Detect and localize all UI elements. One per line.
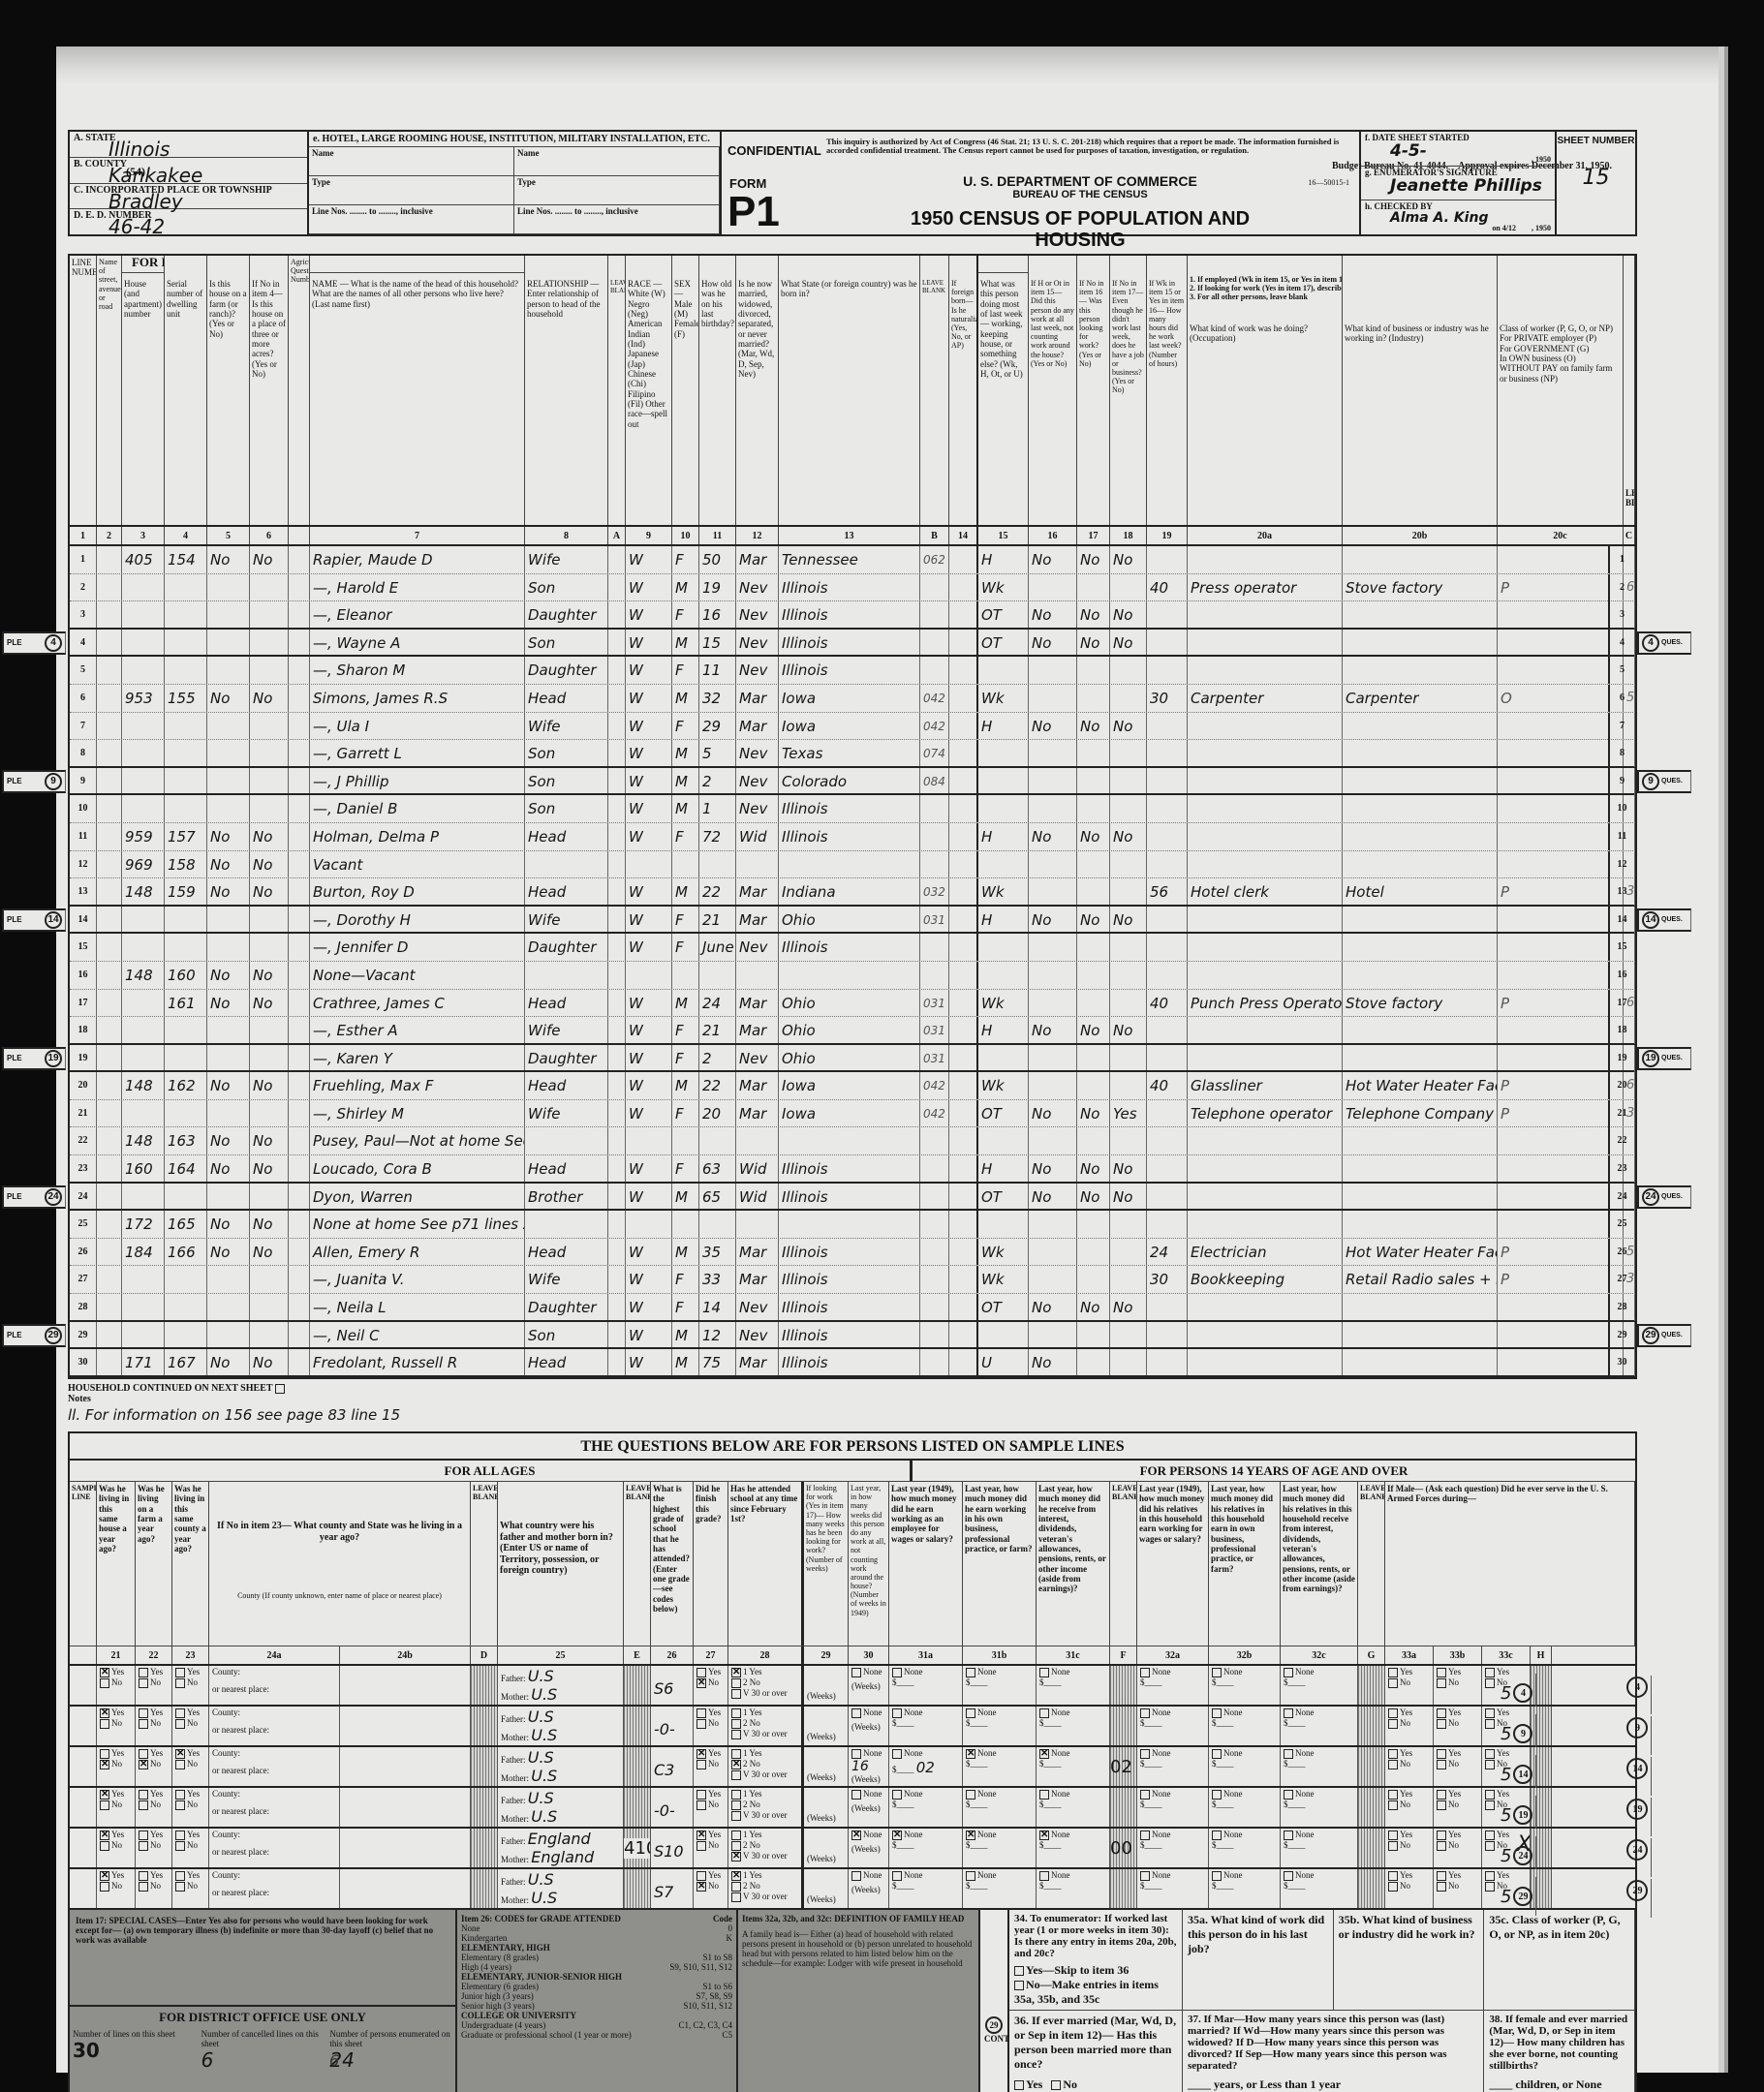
c33b-yes-checkbox[interactable] bbox=[1437, 1708, 1446, 1718]
c28-yes-checkbox[interactable] bbox=[731, 1830, 741, 1840]
c33c-no-checkbox[interactable] bbox=[1485, 1841, 1495, 1851]
c30-none-checkbox[interactable] bbox=[851, 1871, 861, 1881]
c31a-none-checkbox[interactable] bbox=[892, 1871, 902, 1881]
family-head-title: Items 32a, 32b, and 32c: DEFINITION OF F… bbox=[742, 1914, 975, 1923]
q34-yes-checkbox[interactable] bbox=[1014, 1966, 1024, 1976]
table-row: 16148160NoNoNone—Vacant16 bbox=[70, 962, 1635, 990]
cell-industry: Hot Water Heater Factory bbox=[1343, 1239, 1498, 1266]
cell-c15: U bbox=[978, 1349, 1029, 1375]
cell-sex: M bbox=[672, 1322, 699, 1348]
c27-no-checkbox[interactable] bbox=[696, 1760, 706, 1769]
cell-rel bbox=[525, 1211, 608, 1238]
c22-no-checkbox[interactable] bbox=[139, 1841, 148, 1851]
cell-line: 15 bbox=[70, 934, 97, 961]
c33a-yes-checkbox[interactable] bbox=[1388, 1790, 1398, 1800]
c22-no-checkbox[interactable] bbox=[139, 1882, 148, 1892]
cell-sex: M bbox=[672, 685, 699, 712]
q34-no-checkbox[interactable] bbox=[1014, 1981, 1024, 1990]
cell-age bbox=[699, 1211, 736, 1238]
cell-industry bbox=[1343, 1045, 1498, 1071]
cell-name: —, Shirley M bbox=[310, 1100, 525, 1127]
cell-serial: 160 bbox=[165, 962, 207, 989]
c33a-yes-checkbox[interactable] bbox=[1388, 1871, 1398, 1881]
c22-no-checkbox[interactable] bbox=[139, 1719, 148, 1729]
c32a-none-checkbox[interactable] bbox=[1140, 1749, 1150, 1759]
cell-c16 bbox=[1029, 1211, 1077, 1238]
c31b-none-checkbox[interactable] bbox=[966, 1871, 975, 1881]
c28-no-checkbox[interactable] bbox=[731, 1719, 741, 1729]
c22-yes-checkbox[interactable] bbox=[139, 1708, 148, 1718]
c31a-none-checkbox[interactable] bbox=[892, 1790, 902, 1800]
c27-yes-checkbox[interactable] bbox=[696, 1830, 706, 1840]
form-code: 16—50015-1 bbox=[1308, 178, 1349, 187]
c31b-none-checkbox[interactable] bbox=[966, 1668, 975, 1677]
c28-yes-checkbox[interactable] bbox=[731, 1668, 741, 1677]
cell-street bbox=[97, 657, 122, 684]
c33b-no-checkbox[interactable] bbox=[1437, 1760, 1446, 1769]
c22-yes-checkbox[interactable] bbox=[139, 1790, 148, 1800]
cell-acres bbox=[250, 630, 289, 656]
cell-occupation bbox=[1188, 823, 1343, 850]
c33c-yes-checkbox[interactable] bbox=[1485, 1708, 1495, 1718]
c33b-yes-checkbox[interactable] bbox=[1437, 1830, 1446, 1840]
cell-code_b bbox=[920, 851, 949, 878]
c28-30-over-checkbox[interactable] bbox=[731, 1770, 741, 1780]
cell-c18: No bbox=[1110, 630, 1147, 656]
cell-agq bbox=[289, 630, 310, 656]
right-line-number: 15 bbox=[1608, 934, 1635, 961]
cell-sex: F bbox=[672, 601, 699, 628]
cell-age: 35 bbox=[699, 1239, 736, 1266]
cell-sex: M bbox=[672, 740, 699, 766]
cell-street bbox=[97, 1184, 122, 1210]
c28-yes-checkbox[interactable] bbox=[731, 1790, 741, 1800]
col-4-header: Serial number of dwelling unit bbox=[165, 256, 207, 525]
cell-agq bbox=[289, 1322, 310, 1348]
cell-age: 1 bbox=[699, 795, 736, 822]
c28-no-checkbox[interactable] bbox=[731, 1678, 741, 1688]
cell-occupation bbox=[1188, 713, 1343, 740]
c33a-yes-checkbox[interactable] bbox=[1388, 1708, 1398, 1718]
c33b-no-checkbox[interactable] bbox=[1437, 1678, 1446, 1688]
cell-line: 25 bbox=[70, 1211, 97, 1238]
column-number-2: 2 bbox=[97, 527, 122, 544]
c33b-no-checkbox[interactable] bbox=[1437, 1719, 1446, 1729]
cell-house: 172 bbox=[122, 1211, 165, 1238]
cell-code_b: 042 bbox=[920, 685, 949, 712]
c33a-no-checkbox[interactable] bbox=[1388, 1800, 1398, 1810]
cell-birthplace: Illinois bbox=[779, 574, 920, 601]
c32b-none-checkbox[interactable] bbox=[1212, 1668, 1222, 1677]
cell-age: 19 bbox=[699, 574, 736, 601]
cell-hours: 40 bbox=[1147, 990, 1188, 1017]
cell-name: —, Ula I bbox=[310, 713, 525, 740]
cell-street bbox=[97, 878, 122, 905]
c22-no-checkbox[interactable] bbox=[139, 1678, 148, 1688]
c33c-no-checkbox[interactable] bbox=[1485, 1800, 1495, 1810]
cell-c16 bbox=[1029, 768, 1077, 794]
cell-farm bbox=[207, 740, 250, 766]
column-number-10: 10 bbox=[672, 527, 699, 544]
cancelled-lines-label: Number of cancelled lines on this sheet bbox=[201, 2029, 325, 2048]
cell-birthplace: Illinois bbox=[779, 657, 920, 684]
c32c-none-checkbox[interactable] bbox=[1284, 1790, 1293, 1800]
cell-c18 bbox=[1110, 768, 1147, 794]
cell-marital: Mar bbox=[736, 546, 779, 573]
right-line-number: 24 bbox=[1608, 1184, 1635, 1211]
household-continued-checkbox[interactable] bbox=[275, 1384, 285, 1394]
c31c-none-checkbox[interactable] bbox=[1039, 1749, 1049, 1759]
c23-no-checkbox[interactable] bbox=[175, 1841, 185, 1851]
cell-street bbox=[97, 1017, 122, 1043]
c22-no-checkbox[interactable] bbox=[139, 1800, 148, 1810]
cell-name: Holman, Delma P bbox=[310, 823, 525, 850]
c27-no-checkbox[interactable] bbox=[696, 1719, 706, 1729]
cell-race: W bbox=[626, 1266, 672, 1293]
cell-hours bbox=[1147, 1322, 1188, 1348]
c23-yes-checkbox[interactable] bbox=[175, 1668, 185, 1677]
c27-no-checkbox[interactable] bbox=[696, 1678, 706, 1688]
cell-birthplace bbox=[779, 1211, 920, 1238]
cell-house bbox=[122, 1100, 165, 1127]
cell-c14 bbox=[949, 1322, 978, 1348]
cell-sex: M bbox=[672, 1239, 699, 1266]
c31c-none-checkbox[interactable] bbox=[1039, 1790, 1049, 1800]
c21-yes-checkbox[interactable] bbox=[100, 1749, 109, 1759]
cell-occupation bbox=[1188, 1294, 1343, 1320]
c23-no-checkbox[interactable] bbox=[175, 1800, 185, 1810]
cell-industry bbox=[1343, 934, 1498, 961]
c31a-none-checkbox[interactable] bbox=[892, 1708, 902, 1718]
cell-age: 12 bbox=[699, 1322, 736, 1348]
c33b-no-checkbox[interactable] bbox=[1437, 1800, 1446, 1810]
c28-30-over-checkbox[interactable] bbox=[731, 1730, 741, 1739]
district-office-title: FOR DISTRICT OFFICE USE ONLY bbox=[73, 2010, 452, 2025]
c30-none-checkbox[interactable] bbox=[851, 1668, 861, 1677]
census-title: 1950 CENSUS OF POPULATION AND HOUSING bbox=[867, 208, 1293, 251]
cell-c17: No bbox=[1077, 601, 1110, 628]
c23-yes-checkbox[interactable] bbox=[175, 1871, 185, 1881]
c33b-yes-checkbox[interactable] bbox=[1437, 1790, 1446, 1800]
c22-no-checkbox[interactable] bbox=[139, 1760, 148, 1769]
c28-30-over-checkbox[interactable] bbox=[731, 1892, 741, 1902]
c27-yes-checkbox[interactable] bbox=[696, 1708, 706, 1718]
cell-class bbox=[1498, 630, 1624, 656]
c21-no-checkbox[interactable] bbox=[100, 1882, 109, 1892]
cell-c18 bbox=[1110, 1322, 1147, 1348]
c32b-none-checkbox[interactable] bbox=[1212, 1830, 1222, 1840]
q36-no-checkbox[interactable] bbox=[1051, 2080, 1061, 2090]
cell-acres: No bbox=[250, 1211, 289, 1238]
cell-farm bbox=[207, 1294, 250, 1320]
c21-yes-checkbox[interactable] bbox=[100, 1668, 109, 1677]
right-line-number: 21 bbox=[1608, 1100, 1635, 1127]
c32a-none-checkbox[interactable] bbox=[1140, 1830, 1150, 1840]
column-number-19: 19 bbox=[1147, 527, 1188, 544]
c28-no-checkbox[interactable] bbox=[731, 1841, 741, 1851]
c33c-yes-checkbox[interactable] bbox=[1485, 1749, 1495, 1759]
c32b-none-checkbox[interactable] bbox=[1212, 1749, 1222, 1759]
col-11-header: How old was he on his last birthday? bbox=[699, 256, 736, 525]
cell-c17 bbox=[1077, 740, 1110, 766]
c21-no-checkbox[interactable] bbox=[100, 1800, 109, 1810]
c31b-none-checkbox[interactable] bbox=[966, 1749, 975, 1759]
c21-yes-checkbox[interactable] bbox=[100, 1790, 109, 1800]
c32a-none-checkbox[interactable] bbox=[1140, 1871, 1150, 1881]
grade-code-row: Elementary (6 grades)S1 to S6 bbox=[461, 1982, 732, 1991]
cell-c17: No bbox=[1077, 1155, 1110, 1182]
c30-none-checkbox[interactable] bbox=[851, 1790, 861, 1800]
cell-hours: 24 bbox=[1147, 1239, 1188, 1266]
c32c-none-checkbox[interactable] bbox=[1284, 1668, 1293, 1677]
c33c-yes-checkbox[interactable] bbox=[1485, 1871, 1495, 1881]
c32c-none-checkbox[interactable] bbox=[1284, 1749, 1293, 1759]
table-row: 2—, Harold ESonWM19NevIllinoisWk40Press … bbox=[70, 574, 1635, 602]
cell-code_b bbox=[920, 823, 949, 850]
c31c-none-checkbox[interactable] bbox=[1039, 1871, 1049, 1881]
c32b-none-checkbox[interactable] bbox=[1212, 1708, 1222, 1718]
c31c-none-checkbox[interactable] bbox=[1039, 1830, 1049, 1840]
c28-yes-checkbox[interactable] bbox=[731, 1749, 741, 1759]
c33c-no-checkbox[interactable] bbox=[1485, 1719, 1495, 1729]
cell-house: 405 bbox=[122, 546, 165, 573]
c33c-no-checkbox[interactable] bbox=[1485, 1882, 1495, 1892]
c23-yes-checkbox[interactable] bbox=[175, 1749, 185, 1759]
c27-no-checkbox[interactable] bbox=[696, 1882, 706, 1892]
cell-c16 bbox=[1029, 878, 1077, 905]
c23-no-checkbox[interactable] bbox=[175, 1760, 185, 1769]
c27-no-checkbox[interactable] bbox=[696, 1841, 706, 1851]
c31a-none-checkbox[interactable] bbox=[892, 1749, 902, 1759]
c33a-no-checkbox[interactable] bbox=[1388, 1841, 1398, 1851]
c31b-none-checkbox[interactable] bbox=[966, 1790, 975, 1800]
column-number-B: B bbox=[920, 527, 949, 544]
cell-sex: F bbox=[672, 1155, 699, 1182]
c23-no-checkbox[interactable] bbox=[175, 1678, 185, 1688]
cell-street bbox=[97, 795, 122, 822]
cell-serial bbox=[165, 740, 207, 766]
table-row: 30171167NoNoFredolant, Russell RHeadWM75… bbox=[70, 1349, 1635, 1377]
right-line-number: 20 bbox=[1608, 1072, 1635, 1099]
cell-code_b: 062 bbox=[920, 546, 949, 573]
c33b-no-checkbox[interactable] bbox=[1437, 1882, 1446, 1892]
cell-rel bbox=[525, 851, 608, 878]
c22-yes-checkbox[interactable] bbox=[139, 1830, 148, 1840]
table-row: 4—, Wayne ASonWM15NevIllinoisOTNoNoNo4SA… bbox=[70, 630, 1635, 658]
cell-c15: OT bbox=[978, 1100, 1029, 1127]
cell-age: 15 bbox=[699, 630, 736, 656]
c21-yes-checkbox[interactable] bbox=[100, 1830, 109, 1840]
c23-yes-checkbox[interactable] bbox=[175, 1790, 185, 1800]
year-1: , 1950 bbox=[1532, 155, 1551, 164]
cell-hours bbox=[1147, 1045, 1188, 1071]
c33c-yes-checkbox[interactable] bbox=[1485, 1790, 1495, 1800]
cell-occupation bbox=[1188, 657, 1343, 684]
cell-c15 bbox=[978, 934, 1029, 961]
c32b-none-checkbox[interactable] bbox=[1212, 1871, 1222, 1881]
c28-yes-checkbox[interactable] bbox=[731, 1708, 741, 1718]
footer-notes: HOUSEHOLD CONTINUED ON NEXT SHEET Notes … bbox=[68, 1383, 1037, 1424]
cell-rel: Daughter bbox=[525, 934, 608, 961]
lower-column-number-D: D bbox=[471, 1646, 498, 1664]
c21-no-checkbox[interactable] bbox=[100, 1760, 109, 1769]
cell-serial: 167 bbox=[165, 1349, 207, 1375]
c31b-none-checkbox[interactable] bbox=[966, 1708, 975, 1718]
cell-marital: Nev bbox=[736, 657, 779, 684]
c21-yes-checkbox[interactable] bbox=[100, 1708, 109, 1718]
c33a-no-checkbox[interactable] bbox=[1388, 1882, 1398, 1892]
c21-no-checkbox[interactable] bbox=[100, 1719, 109, 1729]
cell-rel: Daughter bbox=[525, 1045, 608, 1071]
name-field-2: Name bbox=[514, 147, 720, 176]
cell-farm: No bbox=[207, 685, 250, 712]
right-line-number: 4 bbox=[1608, 630, 1635, 657]
cell-marital: Mar bbox=[736, 713, 779, 740]
c28-30-over-checkbox[interactable] bbox=[731, 1689, 741, 1699]
cell-sex: M bbox=[672, 1072, 699, 1099]
district-office-block: FOR DISTRICT OFFICE USE ONLY Number of l… bbox=[70, 2005, 455, 2092]
c23-yes-checkbox[interactable] bbox=[175, 1708, 185, 1718]
cell-farm bbox=[207, 657, 250, 684]
cell-birthplace: Ohio bbox=[779, 1017, 920, 1043]
c33b-yes-checkbox[interactable] bbox=[1437, 1871, 1446, 1881]
cell-acres: No bbox=[250, 851, 289, 878]
cell-name: —, Karen Y bbox=[310, 1045, 525, 1071]
cell-farm: No bbox=[207, 1349, 250, 1375]
table-row: 7—, Ula IWifeWF29MarIowa042HNoNoNo7 bbox=[70, 713, 1635, 741]
c22-yes-checkbox[interactable] bbox=[139, 1668, 148, 1677]
c27-no-checkbox[interactable] bbox=[696, 1800, 706, 1810]
cell-sex: M bbox=[672, 1349, 699, 1375]
institution-label: e. HOTEL, LARGE ROOMING HOUSE, INSTITUTI… bbox=[309, 132, 720, 147]
c31a-none-checkbox[interactable] bbox=[892, 1830, 902, 1840]
c28-no-checkbox[interactable] bbox=[731, 1800, 741, 1810]
cell-race: W bbox=[626, 1072, 672, 1099]
c21-no-checkbox[interactable] bbox=[100, 1678, 109, 1688]
cell-c16 bbox=[1029, 685, 1077, 712]
cell-occupation bbox=[1188, 1211, 1343, 1238]
col-9-header: RACE — White (W) Negro (Neg) American In… bbox=[626, 256, 672, 525]
c32a-none-checkbox[interactable] bbox=[1140, 1790, 1150, 1800]
c32b-none-checkbox[interactable] bbox=[1212, 1790, 1222, 1800]
c21-no-checkbox[interactable] bbox=[100, 1841, 109, 1851]
c28-yes-checkbox[interactable] bbox=[731, 1871, 741, 1881]
cell-farm bbox=[207, 1266, 250, 1293]
c21-yes-checkbox[interactable] bbox=[100, 1871, 109, 1881]
cell-sex bbox=[672, 1127, 699, 1154]
c23-yes-checkbox[interactable] bbox=[175, 1830, 185, 1840]
c33a-no-checkbox[interactable] bbox=[1388, 1678, 1398, 1688]
c33a-no-checkbox[interactable] bbox=[1388, 1760, 1398, 1769]
c27-yes-checkbox[interactable] bbox=[696, 1749, 706, 1759]
q36-yes-checkbox[interactable] bbox=[1014, 2080, 1024, 2090]
c31c-none-checkbox[interactable] bbox=[1039, 1708, 1049, 1718]
column-number-A: A bbox=[608, 527, 626, 544]
col-20c-header: Class of worker (P, G, O, or NP) For PRI… bbox=[1498, 256, 1624, 525]
c30-none-checkbox[interactable] bbox=[851, 1749, 861, 1759]
c32a-none-checkbox[interactable] bbox=[1140, 1668, 1150, 1677]
table-row: 5—, Sharon MDaughterWF11NevIllinois5 bbox=[70, 657, 1635, 685]
c33c-yes-checkbox[interactable] bbox=[1485, 1668, 1495, 1677]
c33b-yes-checkbox[interactable] bbox=[1437, 1749, 1446, 1759]
c28-30-over-checkbox[interactable] bbox=[731, 1852, 741, 1861]
c33a-yes-checkbox[interactable] bbox=[1388, 1830, 1398, 1840]
c27-yes-checkbox[interactable] bbox=[696, 1871, 706, 1881]
c32c-none-checkbox[interactable] bbox=[1284, 1708, 1293, 1718]
cell-c18 bbox=[1110, 1239, 1147, 1266]
cell-c15: OT bbox=[978, 1294, 1029, 1320]
table-row: 23160164NoNoLoucado, Cora BHeadWF63WidIl… bbox=[70, 1155, 1635, 1184]
cell-marital: Mar bbox=[736, 1266, 779, 1293]
c33b-no-checkbox[interactable] bbox=[1437, 1841, 1446, 1851]
cell-hours bbox=[1147, 851, 1188, 878]
cell-house bbox=[122, 1017, 165, 1043]
column-headers: LINE NUMBER Name of street, avenue, or r… bbox=[70, 256, 1635, 527]
sample-row: YesNoYesNoYesNoCounty:or nearest place:F… bbox=[70, 1829, 1635, 1869]
c23-no-checkbox[interactable] bbox=[175, 1719, 185, 1729]
table-row: 8—, Garrett LSonWM5NevTexas0748 bbox=[70, 740, 1635, 768]
c33a-yes-checkbox[interactable] bbox=[1388, 1749, 1398, 1759]
cell-c15 bbox=[978, 657, 1029, 684]
c27-yes-checkbox[interactable] bbox=[696, 1668, 706, 1677]
cell-street bbox=[97, 601, 122, 628]
c33a-yes-checkbox[interactable] bbox=[1388, 1668, 1398, 1677]
c33a-no-checkbox[interactable] bbox=[1388, 1719, 1398, 1729]
cell-race: W bbox=[626, 1184, 672, 1210]
c30-none-checkbox[interactable] bbox=[851, 1708, 861, 1718]
cell-birthplace: Illinois bbox=[779, 1155, 920, 1182]
c28-no-checkbox[interactable] bbox=[731, 1882, 741, 1892]
c27-yes-checkbox[interactable] bbox=[696, 1790, 706, 1800]
right-line-number: 27 bbox=[1608, 1266, 1635, 1293]
c32c-none-checkbox[interactable] bbox=[1284, 1871, 1293, 1881]
cell-hours bbox=[1147, 657, 1188, 684]
cell-serial bbox=[165, 768, 207, 794]
c33c-yes-checkbox[interactable] bbox=[1485, 1830, 1495, 1840]
c33c-no-checkbox[interactable] bbox=[1485, 1678, 1495, 1688]
cell-sex: F bbox=[672, 934, 699, 961]
cell-c17 bbox=[1077, 934, 1110, 961]
cell-age: June bbox=[699, 934, 736, 961]
c22-yes-checkbox[interactable] bbox=[139, 1749, 148, 1759]
c31b-none-checkbox[interactable] bbox=[966, 1830, 975, 1840]
cell-name: Loucado, Cora B bbox=[310, 1155, 525, 1182]
cell-rel: Head bbox=[525, 823, 608, 850]
cell-rel: Son bbox=[525, 630, 608, 656]
c33c-no-checkbox[interactable] bbox=[1485, 1760, 1495, 1769]
c30-none-checkbox[interactable] bbox=[851, 1830, 861, 1840]
cell-rel: Head bbox=[525, 878, 608, 905]
cell-birthplace: Texas bbox=[779, 740, 920, 766]
lines-on-sheet-label: Number of lines on this sheet bbox=[73, 2029, 196, 2039]
cell-agq bbox=[289, 768, 310, 794]
cell-name: Rapier, Maude D bbox=[310, 546, 525, 573]
table-row: 13148159NoNoBurton, Roy DHeadWM22MarIndi… bbox=[70, 878, 1635, 907]
cell-acres bbox=[250, 934, 289, 961]
cell-farm: No bbox=[207, 1072, 250, 1099]
c28-no-checkbox[interactable] bbox=[731, 1760, 741, 1769]
c28-30-over-checkbox[interactable] bbox=[731, 1811, 741, 1821]
c22-yes-checkbox[interactable] bbox=[139, 1871, 148, 1881]
c31c-none-checkbox[interactable] bbox=[1039, 1668, 1049, 1677]
c31a-none-checkbox[interactable] bbox=[892, 1668, 902, 1677]
c23-no-checkbox[interactable] bbox=[175, 1882, 185, 1892]
cell-acres: No bbox=[250, 1239, 289, 1266]
c33b-yes-checkbox[interactable] bbox=[1437, 1668, 1446, 1677]
c32a-none-checkbox[interactable] bbox=[1140, 1708, 1150, 1718]
cell-hours bbox=[1147, 1017, 1188, 1043]
c32c-none-checkbox[interactable] bbox=[1284, 1830, 1293, 1840]
